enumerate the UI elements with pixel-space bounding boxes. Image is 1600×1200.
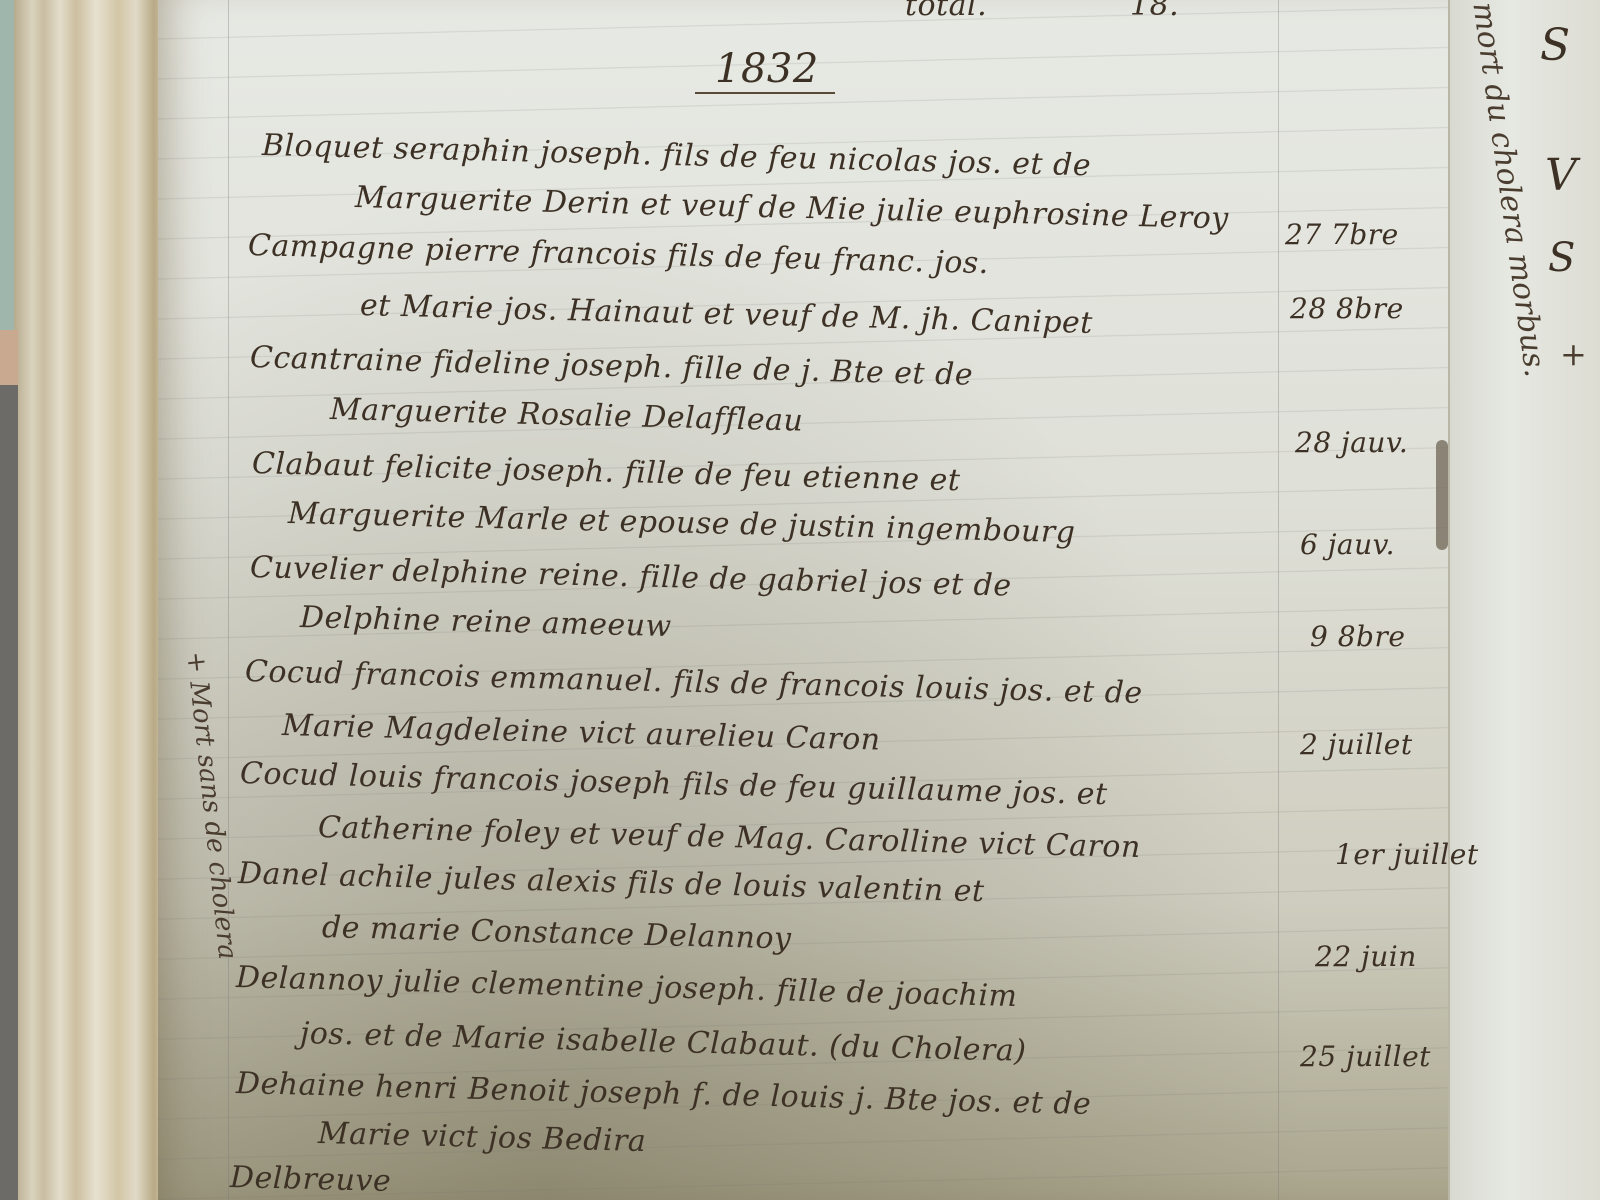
entry-1-date2: 28 8bre <box>1290 292 1404 325</box>
entry-4-date: 6 jauv. <box>1300 528 1395 561</box>
left-margin-rule <box>228 0 229 1200</box>
right-margin-cross: + <box>1560 335 1587 373</box>
page-edges-stack <box>14 0 164 1200</box>
facing-letter-1: V <box>1545 150 1577 201</box>
facing-letter-2: S <box>1548 235 1576 281</box>
year-heading: 1832 <box>715 46 819 92</box>
entry-8-date: 22 juin <box>1315 940 1417 973</box>
entry-6-date: 2 juillet <box>1300 728 1413 761</box>
entry-7-date: 1er juillet <box>1335 838 1479 871</box>
date-column-rule <box>1278 0 1279 1200</box>
entry-10-line1: Delbreuve <box>230 1160 392 1199</box>
entry-5-date: 9 8bre <box>1310 620 1405 653</box>
header-page-number: 18. <box>1130 0 1179 23</box>
year-underline <box>695 92 835 94</box>
entry-3-date: 28 jauv. <box>1295 426 1408 459</box>
entry-9-date: 25 juillet <box>1300 1040 1431 1073</box>
entry-1-date: 27 7bre <box>1285 218 1399 251</box>
gutter-stain <box>1436 440 1448 550</box>
dark-edge <box>0 385 18 1200</box>
header-total: total. <box>905 0 987 23</box>
facing-letter-0: S <box>1540 20 1571 71</box>
